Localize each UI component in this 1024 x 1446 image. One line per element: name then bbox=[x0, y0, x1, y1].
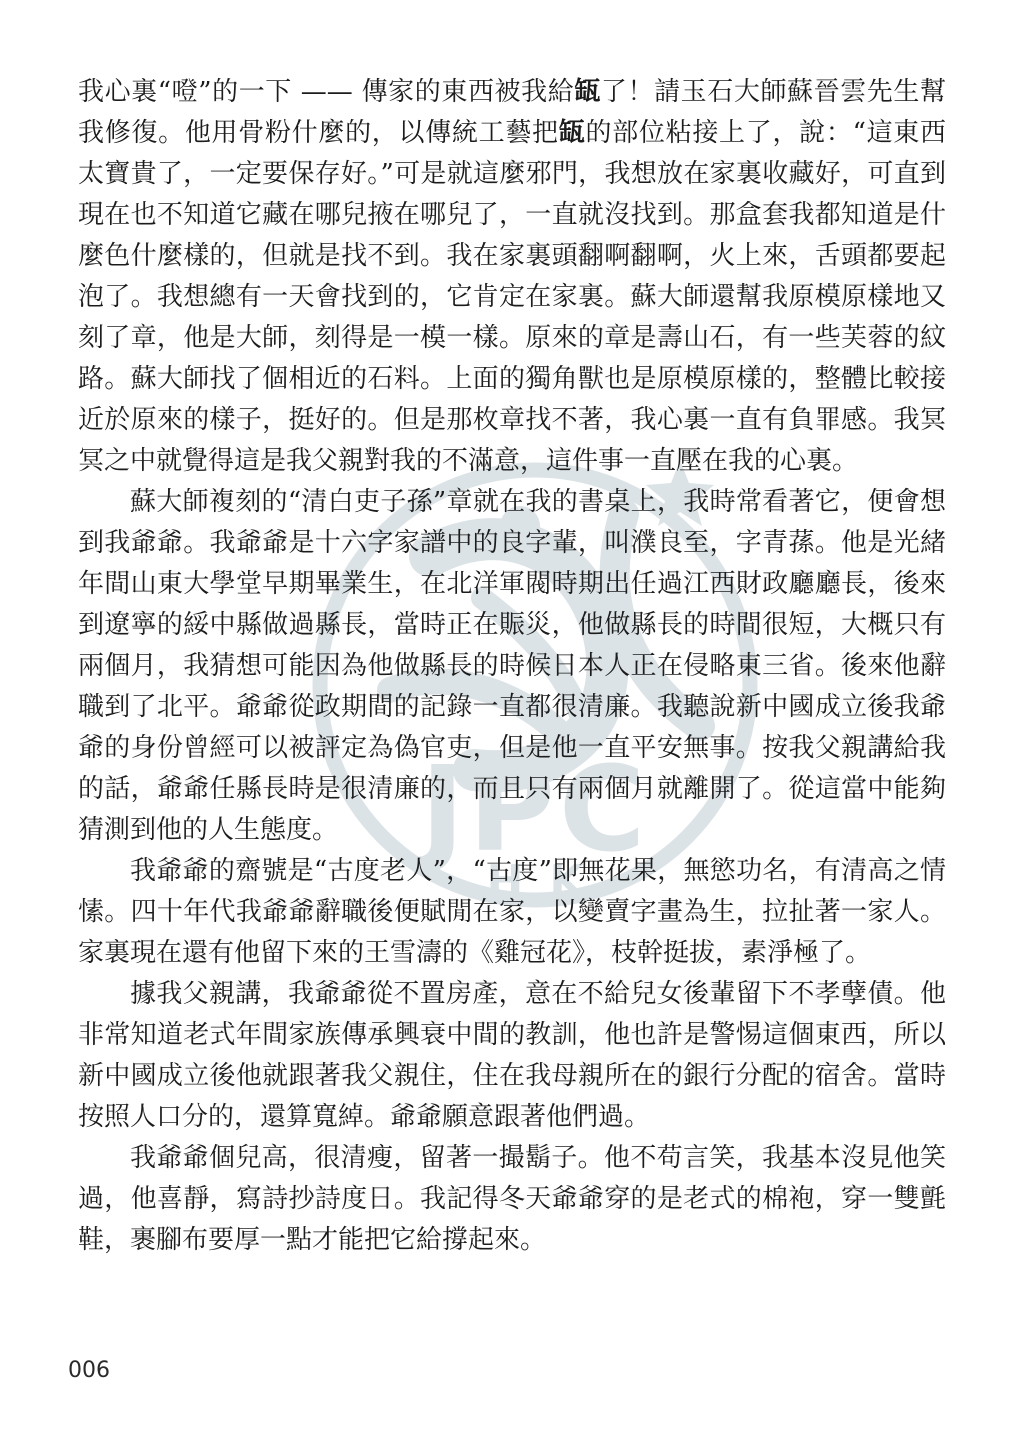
page-number: 006 bbox=[68, 1358, 110, 1383]
emphasized-character: 缻 bbox=[559, 118, 586, 148]
paragraph: 據我父親講，我爺爺從不置房產，意在不給兒女後輩留下不孝孽債。他非常知道老式年間家… bbox=[78, 974, 946, 1138]
body-text: 我心裏“噔”的一下 —— 傳家的東西被我給缻了！請玉石大師蘇晉雲先生幫我修復。他… bbox=[78, 72, 946, 1261]
paragraph: 我心裏“噔”的一下 —— 傳家的東西被我給缻了！請玉石大師蘇晉雲先生幫我修復。他… bbox=[78, 72, 946, 482]
text-run: 我爺爺的齋號是“古度老人”，“古度”即無花果，無慾功名，有清高之情愫。四十年代我… bbox=[78, 856, 946, 968]
text-run: 我爺爺個兒高，很清瘦，留著一撮鬍子。他不苟言笑，我基本沒見他笑過，他喜靜，寫詩抄… bbox=[78, 1143, 946, 1255]
paragraph: 我爺爺個兒高，很清瘦，留著一撮鬍子。他不苟言笑，我基本沒見他笑過，他喜靜，寫詩抄… bbox=[78, 1138, 946, 1261]
paragraph: 我爺爺的齋號是“古度老人”，“古度”即無花果，無慾功名，有清高之情愫。四十年代我… bbox=[78, 851, 946, 974]
text-run: 據我父親講，我爺爺從不置房產，意在不給兒女後輩留下不孝孽債。他非常知道老式年間家… bbox=[78, 979, 946, 1132]
paragraph: 蘇大師複刻的“清白吏子孫”章就在我的書桌上，我時常看著它，便會想到我爺爺。我爺爺… bbox=[78, 482, 946, 851]
emphasized-character: 缻 bbox=[574, 77, 601, 107]
text-run: 我心裏“噔”的一下 —— 傳家的東西被我給 bbox=[78, 77, 574, 107]
text-run: 的部位粘接上了，說：“這東西太寶貴了，一定要保存好。”可是就這麼邪門，我想放在家… bbox=[78, 118, 946, 476]
text-run: 蘇大師複刻的“清白吏子孫”章就在我的書桌上，我時常看著它，便會想到我爺爺。我爺爺… bbox=[78, 487, 946, 845]
